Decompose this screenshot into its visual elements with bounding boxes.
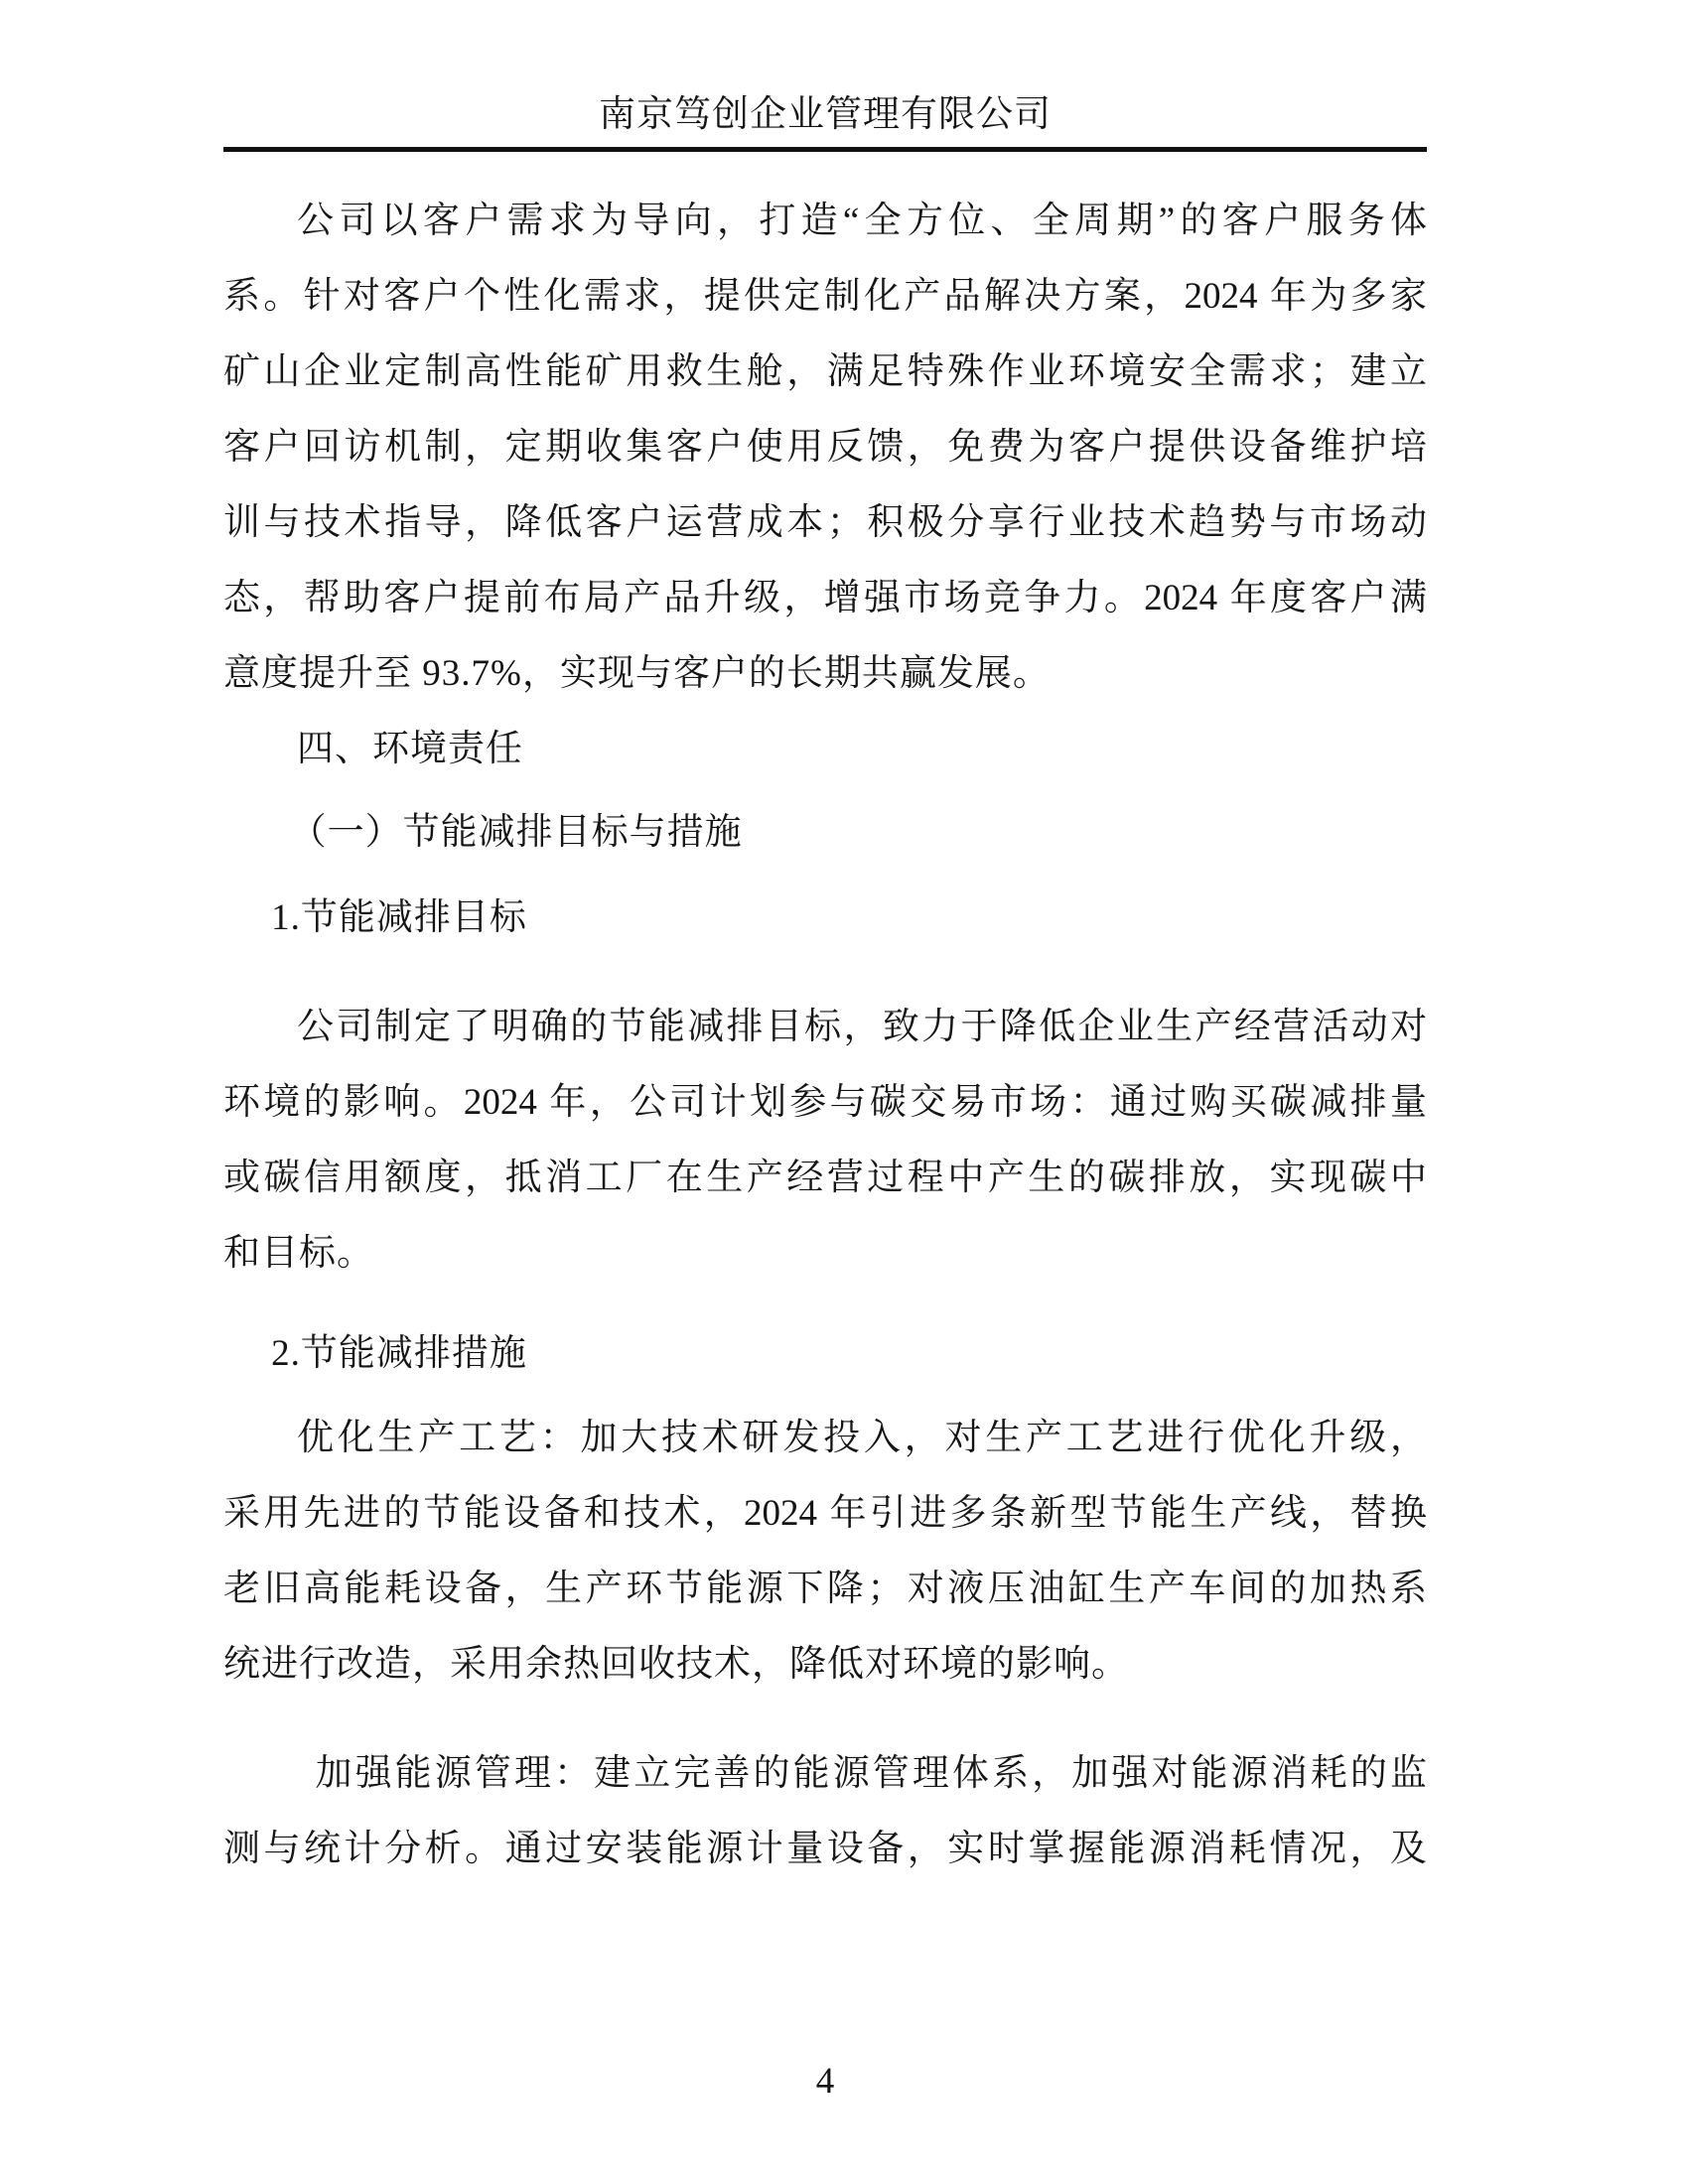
text-line: 公司以客户需求为导向，打造“全方位、全周期”的客户服务体 — [223, 184, 1427, 259]
heading-subsection-energy-saving-goals-and-measures: （一）节能减排目标与措施 — [223, 795, 1427, 871]
text-line: 态，帮助客户提前布局产品升级，增强市场竞争力。2024 年度客户满 — [223, 561, 1427, 636]
heading-2-energy-saving-measures: 2.节能减排措施 — [223, 1316, 1427, 1392]
text-line: 和目标。 — [223, 1216, 1427, 1292]
text-line: 老旧高能耗设备，生产环节能源下降；对液压油缸生产车间的加热系 — [223, 1552, 1427, 1627]
paragraph-production-process-optimization: 优化生产工艺：加大技术研发投入，对生产工艺进行优化升级，采用先进的节能设备和技术… — [223, 1401, 1427, 1703]
paragraph-energy-management: 加强能源管理：建立完善的能源管理体系，加强对能源消耗的监测与统计分析。通过安装能… — [223, 1736, 1427, 1887]
paragraph-energy-saving-goals: 公司制定了明确的节能减排目标，致力于降低企业生产经营活动对环境的影响。2024 … — [223, 990, 1427, 1292]
text-line: 系。针对客户个性化需求，提供定制化产品解决方案，2024 年为多家 — [223, 259, 1427, 335]
page-content: 南京笃创企业管理有限公司 公司以客户需求为导向，打造“全方位、全周期”的客户服务… — [0, 0, 1688, 2119]
text-line: 环境的影响。2024 年，公司计划参与碳交易市场：通过购买碳减排量 — [223, 1065, 1427, 1141]
text-line: 采用先进的节能设备和技术，2024 年引进多条新型节能生产线，替换 — [223, 1476, 1427, 1552]
text-line: 加强能源管理：建立完善的能源管理体系，加强对能源消耗的监 — [223, 1736, 1427, 1812]
text-line: 测与统计分析。通过安装能源计量设备，实时掌握能源消耗情况，及 — [223, 1812, 1427, 1887]
text-line: 矿山企业定制高性能矿用救生舱，满足特殊作业环境安全需求；建立 — [223, 335, 1427, 410]
heading-section-4-environmental-responsibility: 四、环境责任 — [223, 712, 1427, 787]
paragraph-customer-service: 公司以客户需求为导向，打造“全方位、全周期”的客户服务体系。针对客户个性化需求，… — [223, 184, 1427, 712]
text-line: 或碳信用额度，抵消工厂在生产经营过程中产生的碳排放，实现碳中 — [223, 1141, 1427, 1216]
document-page: 南京笃创企业管理有限公司 公司以客户需求为导向，打造“全方位、全周期”的客户服务… — [0, 0, 1688, 2184]
text-line: 意度提升至 93.7%，实现与客户的长期共赢发展。 — [223, 636, 1427, 712]
text-line: 统进行改造，采用余热回收技术，降低对环境的影响。 — [223, 1627, 1427, 1703]
heading-1-energy-saving-goals: 1.节能减排目标 — [223, 881, 1427, 956]
text-line: 训与技术指导，降低客户运营成本；积极分享行业技术趋势与市场动 — [223, 485, 1427, 561]
header-divider-rule — [223, 147, 1427, 152]
page-header-company-name: 南京笃创企业管理有限公司 — [223, 0, 1427, 141]
text-line: 优化生产工艺：加大技术研发投入，对生产工艺进行优化升级， — [223, 1401, 1427, 1476]
text-line: 公司制定了明确的节能减排目标，致力于降低企业生产经营活动对 — [223, 990, 1427, 1065]
page-number: 4 — [223, 2044, 1427, 2119]
text-line: 客户回访机制，定期收集客户使用反馈，免费为客户提供设备维护培 — [223, 410, 1427, 485]
